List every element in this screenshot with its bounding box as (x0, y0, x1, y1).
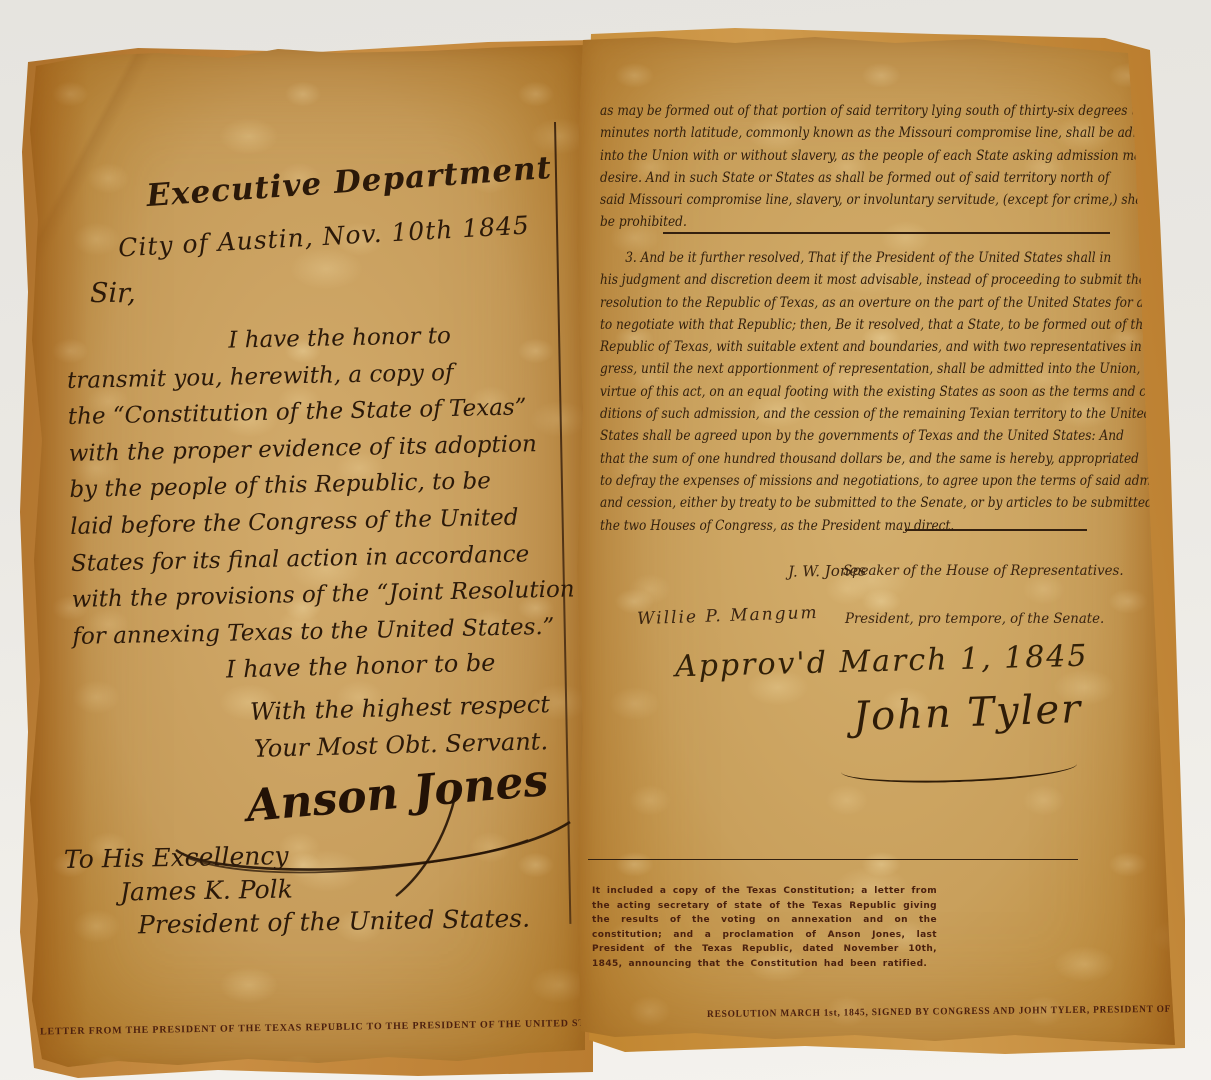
resolution-line: his judgment and discretion deem it most… (600, 269, 1077, 291)
left-page-caption: LETTER FROM THE PRESIDENT OF THE TEXAS R… (40, 1017, 614, 1037)
letter-closing-line: With the highest respect (250, 690, 551, 726)
senate-president-signature: Willie P. Mangum (637, 603, 819, 629)
resolution-line: as may be formed out of that portion of … (600, 100, 1077, 122)
resolution-line: resolution to the Republic of Texas, as … (600, 292, 1077, 314)
resolution-line: to negotiate with that Republic; then, B… (600, 314, 1077, 336)
resolution-line: minutes north latitude, commonly known a… (600, 122, 1077, 144)
address-line: President of the United States. (138, 904, 531, 940)
paragraph-end-rule (905, 529, 1087, 531)
letter-heading-department: Executive Department (145, 150, 553, 214)
john-tyler-signature: John Tyler (852, 686, 1083, 740)
resolution-line: to defray the expenses of missions and n… (600, 470, 1077, 492)
right-page-caption: RESOLUTION MARCH 1st, 1845, SIGNED BY CO… (707, 1003, 1211, 1020)
left-document: Executive Department City of Austin, Nov… (28, 40, 585, 1075)
paragraph-end-rule (663, 232, 1110, 234)
resolution-line: States shall be agreed upon by the gover… (600, 425, 1077, 447)
anson-jones-signature: Anson Jones (244, 755, 550, 832)
resolution-line: gress, until the next apportionment of r… (600, 358, 1077, 380)
printed-note: It included a copy of the Texas Constitu… (592, 884, 937, 972)
photo-background: Executive Department City of Austin, Nov… (0, 0, 1211, 1080)
senate-president-title: President, pro tempore, of the Senate. (845, 611, 1104, 627)
letter-closing-line: I have the honor to be (226, 648, 496, 683)
resolution-line: ditions of such admission, and the cessi… (600, 403, 1077, 425)
footer-rule (588, 859, 1078, 860)
signature-underline-swash (841, 750, 1078, 786)
resolution-line: 3. And be it further resolved, That if t… (600, 247, 1077, 269)
resolution-line: Republic of Texas, with suitable extent … (600, 336, 1077, 358)
resolution-line: virtue of this act, on an equal footing … (600, 381, 1077, 403)
letter-salutation: Sir, (90, 278, 136, 309)
right-document: as may be formed out of that portion of … (575, 28, 1175, 1058)
resolution-paragraph-2: 3. And be it further resolved, That if t… (600, 247, 1130, 537)
resolution-line: the two Houses of Congress, as the Presi… (600, 515, 1077, 537)
resolution-line: into the Union with or without slavery, … (600, 145, 1077, 167)
resolution-paragraph-1: as may be formed out of that portion of … (600, 100, 1130, 234)
resolution-line: that the sum of one hundred thousand dol… (600, 448, 1077, 470)
resolution-line: desire. And in such State or States as s… (600, 167, 1077, 189)
letter-heading-place-date: City of Austin, Nov. 10th 1845 (118, 211, 531, 263)
approval-line: Approv'd March 1, 1845 (675, 639, 1089, 685)
address-line: To His Excellency (64, 841, 289, 874)
resolution-line: and cession, either by treaty to be subm… (600, 492, 1077, 514)
address-line: James K. Polk (120, 874, 293, 906)
letter-body: I have the honor to transmit you, herewi… (66, 316, 565, 656)
speaker-title: Speaker of the House of Representatives. (843, 563, 1124, 579)
resolution-line: said Missouri compromise line, slavery, … (600, 189, 1077, 211)
resolution-line: be prohibited. (600, 211, 1077, 233)
